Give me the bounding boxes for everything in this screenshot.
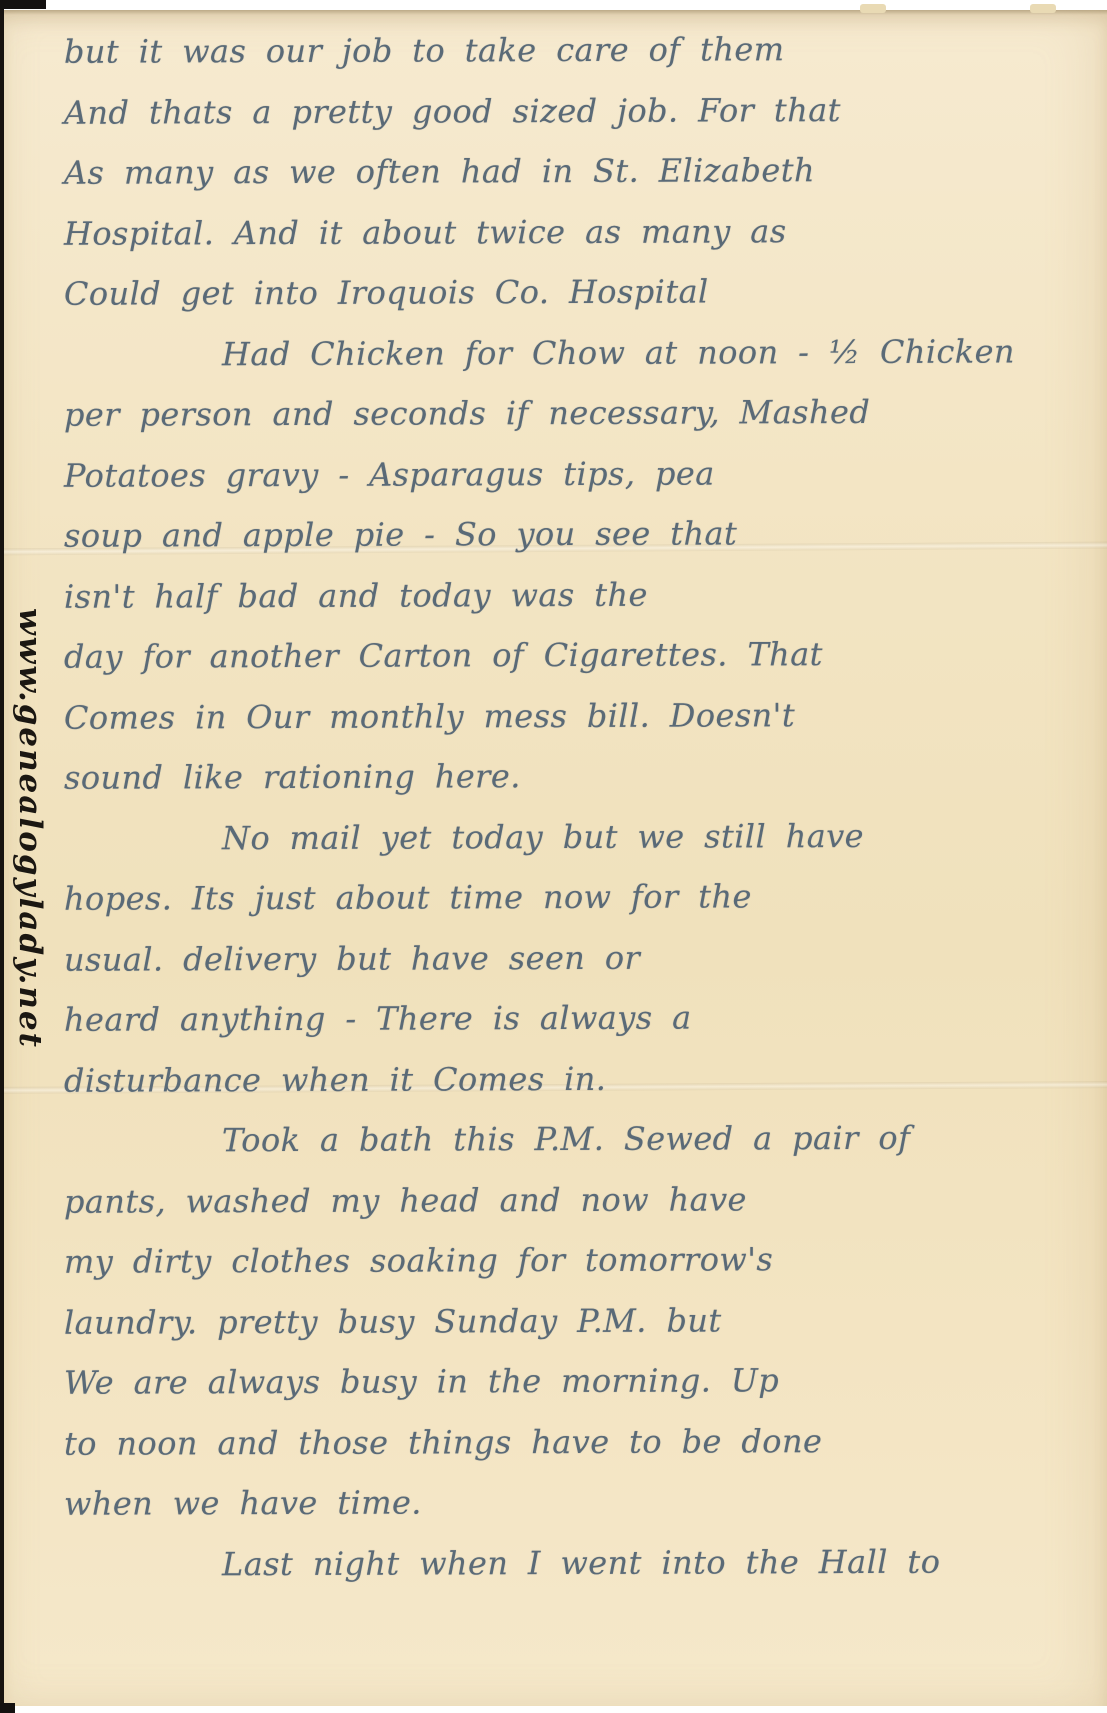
letter-line: hopes. Its just about time now for the bbox=[64, 865, 1081, 929]
torn-top-edge bbox=[0, 10, 1107, 15]
letter-line: my dirty clothes soaking for tomorrow's bbox=[64, 1228, 1081, 1292]
letter-line: Had Chicken for Chow at noon - ½ Chicken bbox=[64, 321, 1081, 385]
letter-line: isn't half bad and today was the bbox=[64, 563, 1081, 627]
scan-edge-bottom-left bbox=[0, 1703, 15, 1713]
letter-line: to noon and those things have to be done bbox=[64, 1410, 1081, 1474]
scan-edge-top-left bbox=[0, 0, 46, 9]
letter-line: when we have time. bbox=[64, 1470, 1081, 1534]
torn-edge-notch bbox=[860, 4, 886, 13]
letter-line: No mail yet today but we still have bbox=[64, 805, 1081, 869]
letter-line: but it was our job to take care of them bbox=[64, 18, 1081, 82]
letter-line: usual. delivery but have seen or bbox=[64, 926, 1081, 990]
letter-line: heard anything - There is always a bbox=[64, 986, 1081, 1050]
letter-line: sound like rationing here. bbox=[64, 744, 1081, 808]
torn-edge-notch bbox=[1030, 4, 1056, 13]
letter-line: soup and apple pie - So you see that bbox=[64, 502, 1081, 566]
letter-line: Hospital. And it about twice as many as bbox=[64, 200, 1081, 264]
letter-line: laundry. pretty busy Sunday P.M. but bbox=[64, 1289, 1081, 1353]
letter-line: We are always busy in the morning. Up bbox=[64, 1349, 1081, 1413]
letter-line: And thats a pretty good sized job. For t… bbox=[64, 79, 1081, 143]
letter-line: Could get into Iroquois Co. Hospital bbox=[64, 260, 1081, 324]
letter-line: As many as we often had in St. Elizabeth bbox=[64, 139, 1081, 203]
letter-line: per person and seconds if necessary, Mas… bbox=[64, 381, 1081, 445]
letter-line: Potatoes gravy - Asparagus tips, pea bbox=[64, 442, 1081, 506]
letter-line: Took a bath this P.M. Sewed a pair of bbox=[64, 1107, 1081, 1171]
letter-line: Last night when I went into the Hall to bbox=[64, 1531, 1081, 1595]
letter-line: Comes in Our monthly mess bill. Doesn't bbox=[64, 684, 1081, 748]
scanned-letter-page: www.genealogylady.net but it was our job… bbox=[0, 0, 1107, 1713]
watermark-text: www.genealogylady.net bbox=[12, 608, 48, 1049]
scan-edge-left bbox=[0, 0, 4, 1713]
letter-line: day for another Carton of Cigarettes. Th… bbox=[64, 623, 1081, 687]
letter-body: but it was our job to take care of them … bbox=[64, 20, 1081, 1593]
letter-line: pants, washed my head and now have bbox=[64, 1168, 1081, 1232]
letter-line: disturbance when it Comes in. bbox=[64, 1047, 1081, 1111]
